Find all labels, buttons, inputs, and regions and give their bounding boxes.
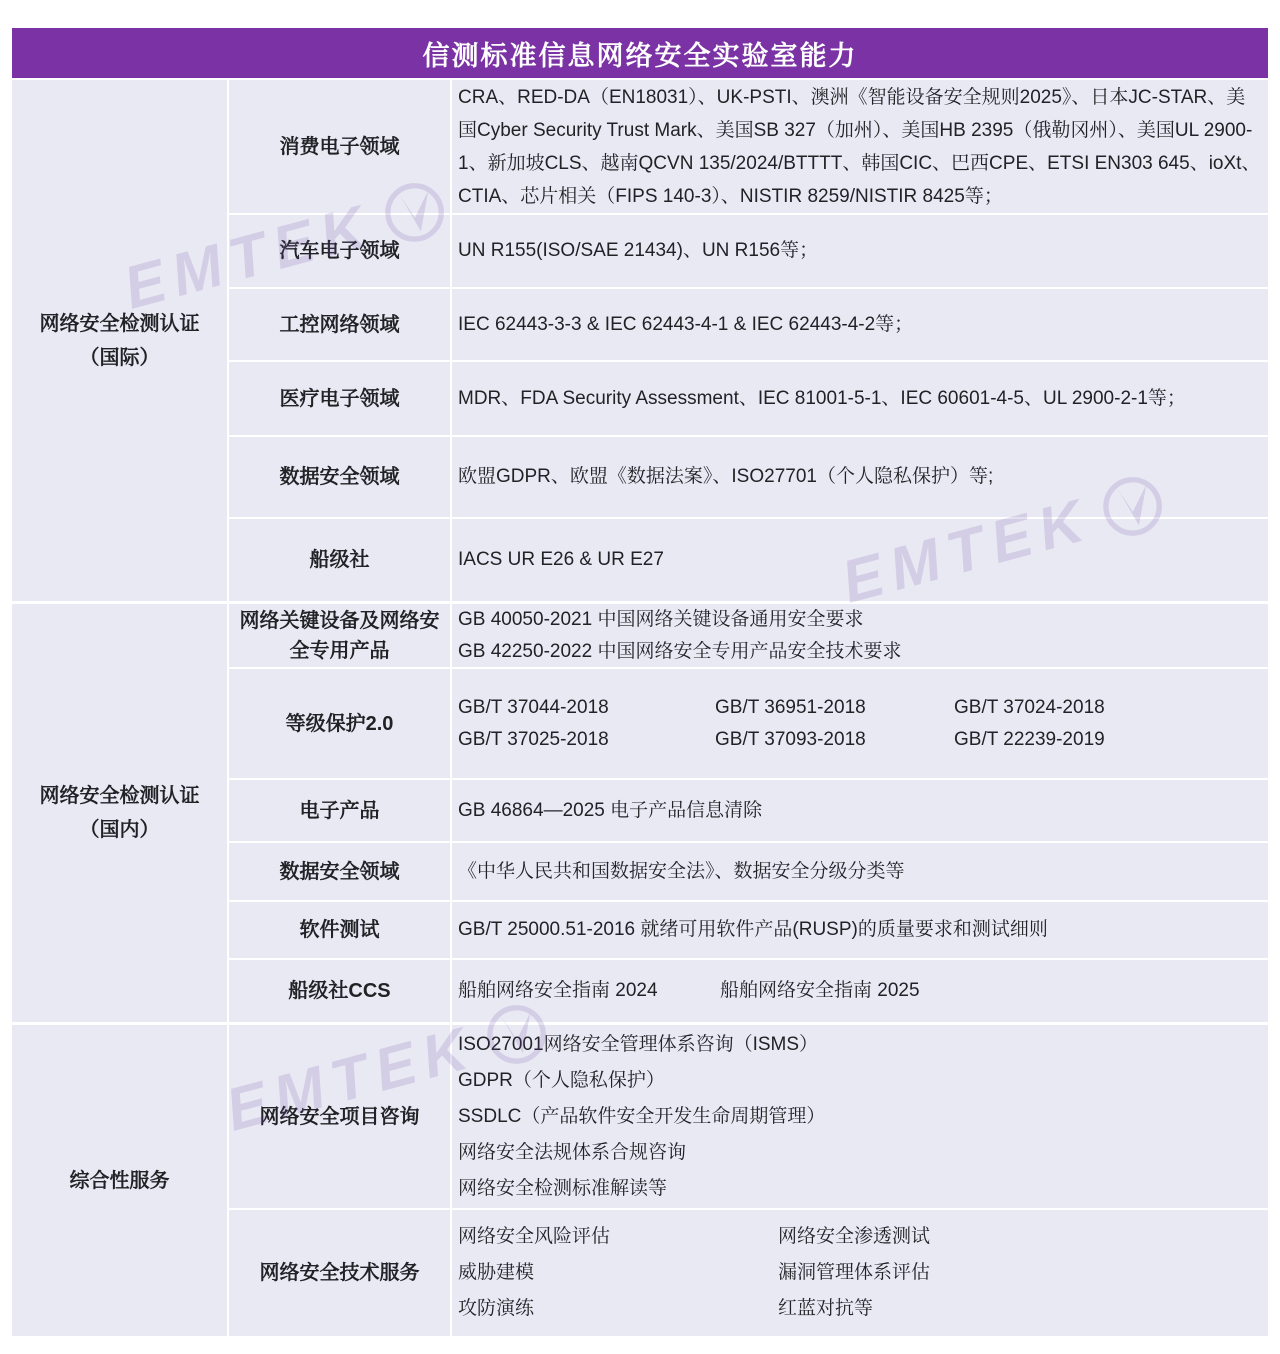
category-software-testing: 软件测试: [229, 902, 450, 958]
category-network-key-equipment: 网络关键设备及网络安 全专用产品: [229, 604, 450, 667]
category-security-project-consulting: 网络安全项目咨询: [229, 1025, 450, 1208]
standards-grid-row: GB/T 37044-2018 GB/T 36951-2018 GB/T 370…: [458, 692, 1264, 724]
content-classification-society: IACS UR E26 & UR E27: [452, 519, 1268, 601]
content-electronic-products: GB 46864—2025 电子产品信息清除: [452, 780, 1268, 841]
tech-services-row: 攻防演练 红蓝对抗等: [458, 1291, 1264, 1327]
category-automotive-electronics: 汽车电子领域: [229, 215, 450, 287]
content-security-technical-services: 网络安全风险评估 网络安全渗透测试 威胁建模 漏洞管理体系评估 攻防演练 红蓝对…: [452, 1210, 1268, 1336]
group-label-line: 综合性服务: [70, 1170, 170, 1192]
tech-services-row: 网络安全风险评估 网络安全渗透测试: [458, 1219, 1264, 1255]
standards-grid-row: GB/T 37025-2018 GB/T 37093-2018 GB/T 222…: [458, 724, 1264, 756]
content-medical-electronics: MDR、FDA Security Assessment、IEC 81001-5-…: [452, 362, 1268, 435]
content-data-security-domestic: 《中华人民共和国数据安全法》、数据安全分级分类等: [452, 843, 1268, 900]
content-data-security-intl: 欧盟GDPR、欧盟《数据法案》、ISO27701（个人隐私保护）等;: [452, 437, 1268, 517]
content-ccs: 船舶网络安全指南 2024 船舶网络安全指南 2025: [452, 960, 1268, 1022]
category-data-security-domestic: 数据安全领域: [229, 843, 450, 900]
content-automotive-electronics: UN R155(ISO/SAE 21434)、UN R156等；: [452, 215, 1268, 287]
capability-table-page: 信测标准信息网络安全实验室能力 网络安全检测认证 （国际） 消费电子领域 CRA…: [0, 0, 1280, 1354]
page-title: 信测标准信息网络安全实验室能力: [423, 34, 858, 73]
category-data-security-intl: 数据安全领域: [229, 437, 450, 517]
content-software-testing: GB/T 25000.51-2016 就绪可用软件产品(RUSP)的质量要求和测…: [452, 902, 1268, 958]
category-security-technical-services: 网络安全技术服务: [229, 1210, 450, 1336]
group-label-line: （国内）: [80, 819, 160, 841]
category-classified-protection: 等级保护2.0: [229, 669, 450, 778]
group-label-line: （国际）: [80, 347, 160, 369]
group-comprehensive-services: 综合性服务 网络安全项目咨询 ISO27001网络安全管理体系咨询（ISMS） …: [12, 1025, 1268, 1336]
capability-table: 网络安全检测认证 （国际） 消费电子领域 CRA、RED-DA（EN18031）…: [12, 80, 1268, 1336]
category-consumer-electronics: 消费电子领域: [229, 80, 450, 213]
group-label-international: 网络安全检测认证 （国际）: [12, 80, 227, 601]
group-international: 网络安全检测认证 （国际） 消费电子领域 CRA、RED-DA（EN18031）…: [12, 80, 1268, 601]
category-classification-society: 船级社: [229, 519, 450, 601]
content-network-key-equipment: GB 40050-2021 中国网络关键设备通用安全要求 GB 42250-20…: [452, 604, 1268, 667]
content-industrial-control: IEC 62443-3-3 & IEC 62443-4-1 & IEC 6244…: [452, 289, 1268, 360]
category-ccs: 船级社CCS: [229, 960, 450, 1022]
tech-services-row: 威胁建模 漏洞管理体系评估: [458, 1255, 1264, 1291]
ccs-guides-row: 船舶网络安全指南 2024 船舶网络安全指南 2025: [458, 975, 1264, 1007]
group-label-line: 网络安全检测认证: [40, 313, 200, 335]
category-electronic-products: 电子产品: [229, 780, 450, 841]
group-domestic: 网络安全检测认证 （国内） 网络关键设备及网络安 全专用产品 GB 40050-…: [12, 604, 1268, 1022]
content-consumer-electronics: CRA、RED-DA（EN18031）、UK-PSTI、澳洲《智能设备安全规则2…: [452, 80, 1268, 213]
content-security-project-consulting: ISO27001网络安全管理体系咨询（ISMS） GDPR（个人隐私保护） SS…: [452, 1025, 1268, 1208]
table-title-bar: 信测标准信息网络安全实验室能力: [12, 28, 1268, 78]
category-medical-electronics: 医疗电子领域: [229, 362, 450, 435]
group-label-line: 网络安全检测认证: [40, 785, 200, 807]
category-industrial-control: 工控网络领域: [229, 289, 450, 360]
group-label-domestic: 网络安全检测认证 （国内）: [12, 604, 227, 1022]
content-classified-protection: GB/T 37044-2018 GB/T 36951-2018 GB/T 370…: [452, 669, 1268, 778]
group-label-comprehensive-services: 综合性服务: [12, 1025, 227, 1336]
